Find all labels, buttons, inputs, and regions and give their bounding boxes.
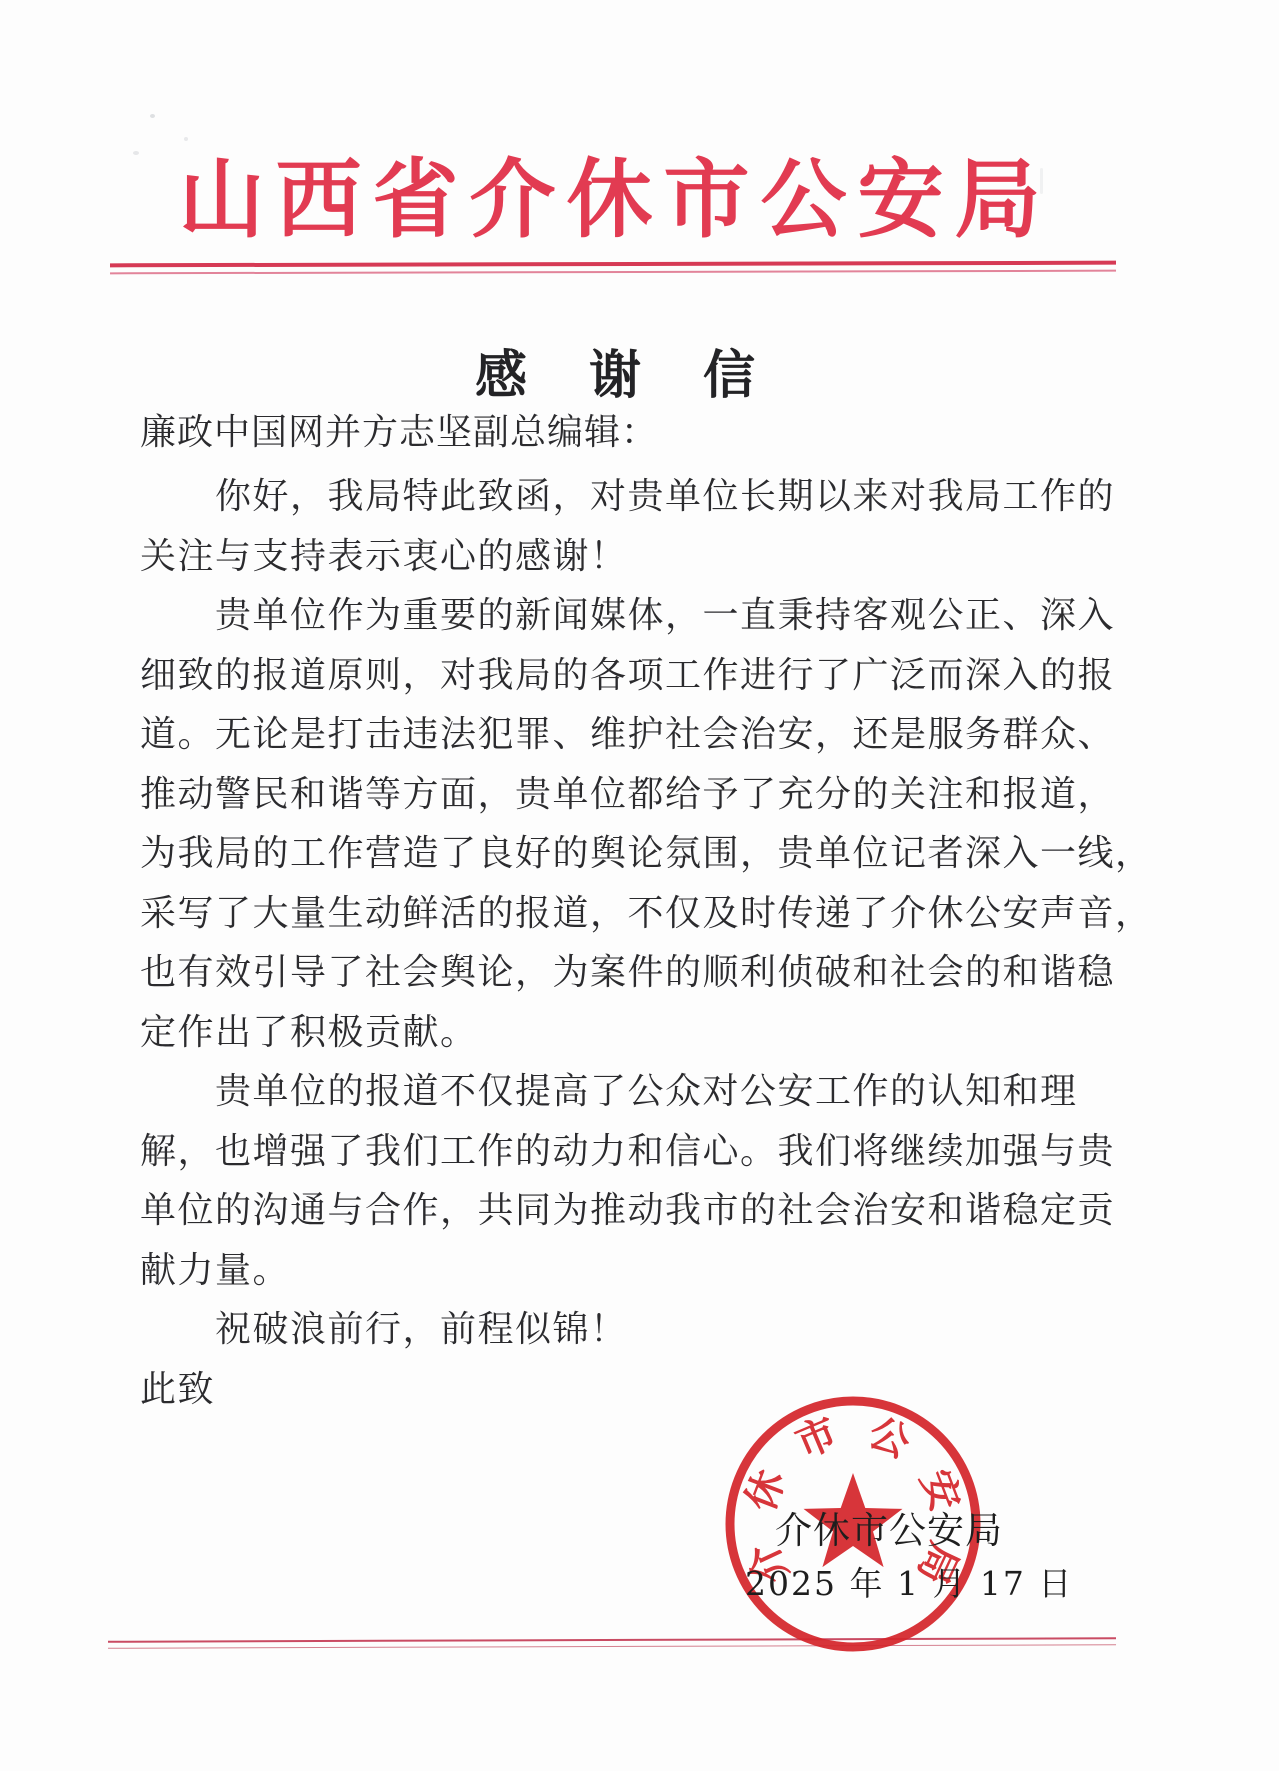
body-line-text: 祝破浪前行，前程似锦！ <box>215 1309 628 1350</box>
letterhead-rule <box>110 261 1116 268</box>
signature-agency: 介休市公安局 <box>775 1500 1003 1554</box>
body-line: 贵单位的报道不仅提高了公众对公安工作的认知和理 <box>140 1062 1080 1122</box>
body-line-text: 推动警民和谐等方面，贵单位都给予了充分的关注和报道， <box>140 774 1115 815</box>
body-line-text: 道。无论是打击违法犯罪、维护社会治安，还是服务群众、 <box>140 714 1115 755</box>
body-line-text: 为我局的工作营造了良好的舆论氛围，贵单位记者深入一线， <box>140 833 1153 874</box>
body-line: 贵单位作为重要的新闻媒体，一直秉持客观公正、深入 <box>140 586 1080 646</box>
body-line-text: 贵单位作为重要的新闻媒体，一直秉持客观公正、深入 <box>215 595 1115 636</box>
letter-title: 感谢信 <box>0 333 1230 408</box>
body-line: 道。无论是打击违法犯罪、维护社会治安，还是服务群众、 <box>140 705 1080 765</box>
scan-speck <box>184 137 188 141</box>
body-line: 细致的报道原则，对我局的各项工作进行了广泛而深入的报 <box>140 646 1080 706</box>
body-line-text: 也有效引导了社会舆论，为案件的顺利侦破和社会的和谐稳 <box>140 952 1115 993</box>
scan-speck <box>150 114 155 118</box>
body-line-text: 解，也增强了我们工作的动力和信心。我们将继续加强与贵 <box>140 1131 1115 1172</box>
body-line-text: 贵单位的报道不仅提高了公众对公安工作的认知和理 <box>215 1071 1078 1112</box>
body-line: 推动警民和谐等方面，贵单位都给予了充分的关注和报道， <box>140 765 1080 825</box>
body-line-text: 定作出了积极贡献。 <box>140 1012 478 1053</box>
signature-date: 2025 年 1 月 17 日 <box>745 1558 1073 1605</box>
body-line: 解，也增强了我们工作的动力和信心。我们将继续加强与贵 <box>140 1122 1080 1182</box>
scanned-letter-page: 山西省介休市公安局 感谢信 廉政中国网并方志坚副总编辑： 你好，我局特此致函，对… <box>0 0 1279 1771</box>
letter-body: 你好，我局特此致函，对贵单位长期以来对我局工作的 关注与支持表示衷心的感谢！ 贵… <box>140 467 1080 1419</box>
body-line: 关注与支持表示衷心的感谢！ <box>140 527 1080 587</box>
body-line: 你好，我局特此致函，对贵单位长期以来对我局工作的 <box>140 467 1080 527</box>
scan-speck <box>133 151 139 155</box>
body-line-text: 你好，我局特此致函，对贵单位长期以来对我局工作的 <box>215 476 1115 517</box>
scan-speck <box>1040 168 1043 194</box>
body-line: 也有效引导了社会舆论，为案件的顺利侦破和社会的和谐稳 <box>140 943 1080 1003</box>
body-line: 定作出了积极贡献。 <box>140 1003 1080 1063</box>
body-line-text: 细致的报道原则，对我局的各项工作进行了广泛而深入的报 <box>140 655 1115 696</box>
body-line-text: 献力量。 <box>140 1250 290 1291</box>
body-line: 祝破浪前行，前程似锦！ <box>140 1300 1080 1360</box>
salutation: 廉政中国网并方志坚副总编辑： <box>140 404 658 455</box>
body-line: 献力量。 <box>140 1241 1080 1301</box>
letterhead-title: 山西省介休市公安局 <box>0 148 1230 252</box>
body-line: 为我局的工作营造了良好的舆论氛围，贵单位记者深入一线， <box>140 824 1080 884</box>
body-line-text: 采写了大量生动鲜活的报道，不仅及时传递了介休公安声音， <box>140 893 1153 934</box>
body-line-text: 关注与支持表示衷心的感谢！ <box>140 536 628 577</box>
body-line: 单位的沟通与合作，共同为推动我市的社会治安和谐稳定贡 <box>140 1181 1080 1241</box>
body-line: 采写了大量生动鲜活的报道，不仅及时传递了介休公安声音， <box>140 884 1080 944</box>
body-line-text: 单位的沟通与合作，共同为推动我市的社会治安和谐稳定贡 <box>140 1190 1115 1231</box>
body-line-text: 此致 <box>140 1369 215 1410</box>
